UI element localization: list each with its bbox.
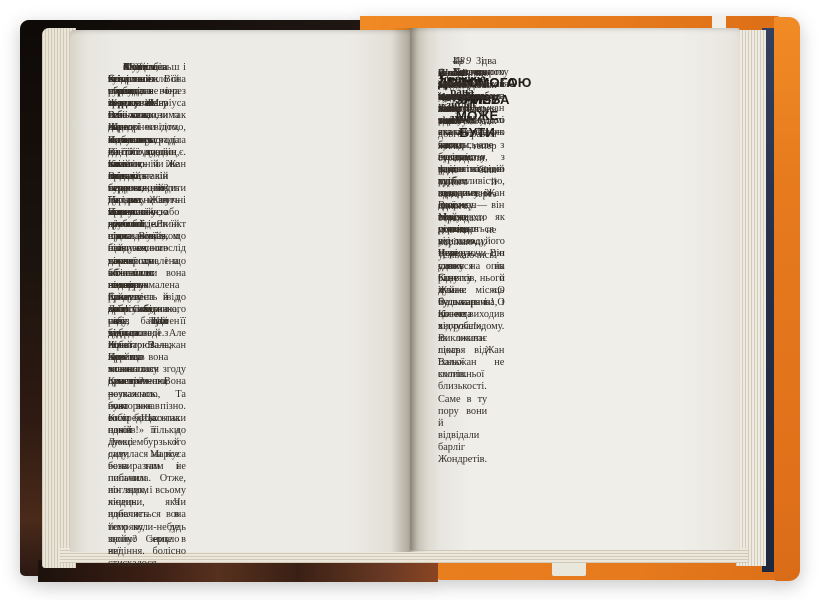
page-stack-right xyxy=(736,30,766,566)
book-cover-bottom-edge-dark xyxy=(38,560,438,582)
photo-background: Смуток Козетти ображав і сердив Жана Вал… xyxy=(0,0,821,600)
book-cover-right-edge xyxy=(774,17,800,581)
book: Смуток Козетти ображав і сердив Жана Вал… xyxy=(20,14,800,586)
paragraph: Бачачи, що батько хворий, Козетта знову … xyxy=(438,67,486,236)
right-page: — Що з тобою? — не раз запитував він.— Н… xyxy=(410,28,740,550)
page-number-right: 489 xyxy=(438,56,472,68)
page-block-bottom-notch xyxy=(552,561,586,576)
page-number-left: 488 xyxy=(108,62,142,74)
left-page: Смуток Козетти ображав і сердив Жана Вал… xyxy=(70,30,410,552)
